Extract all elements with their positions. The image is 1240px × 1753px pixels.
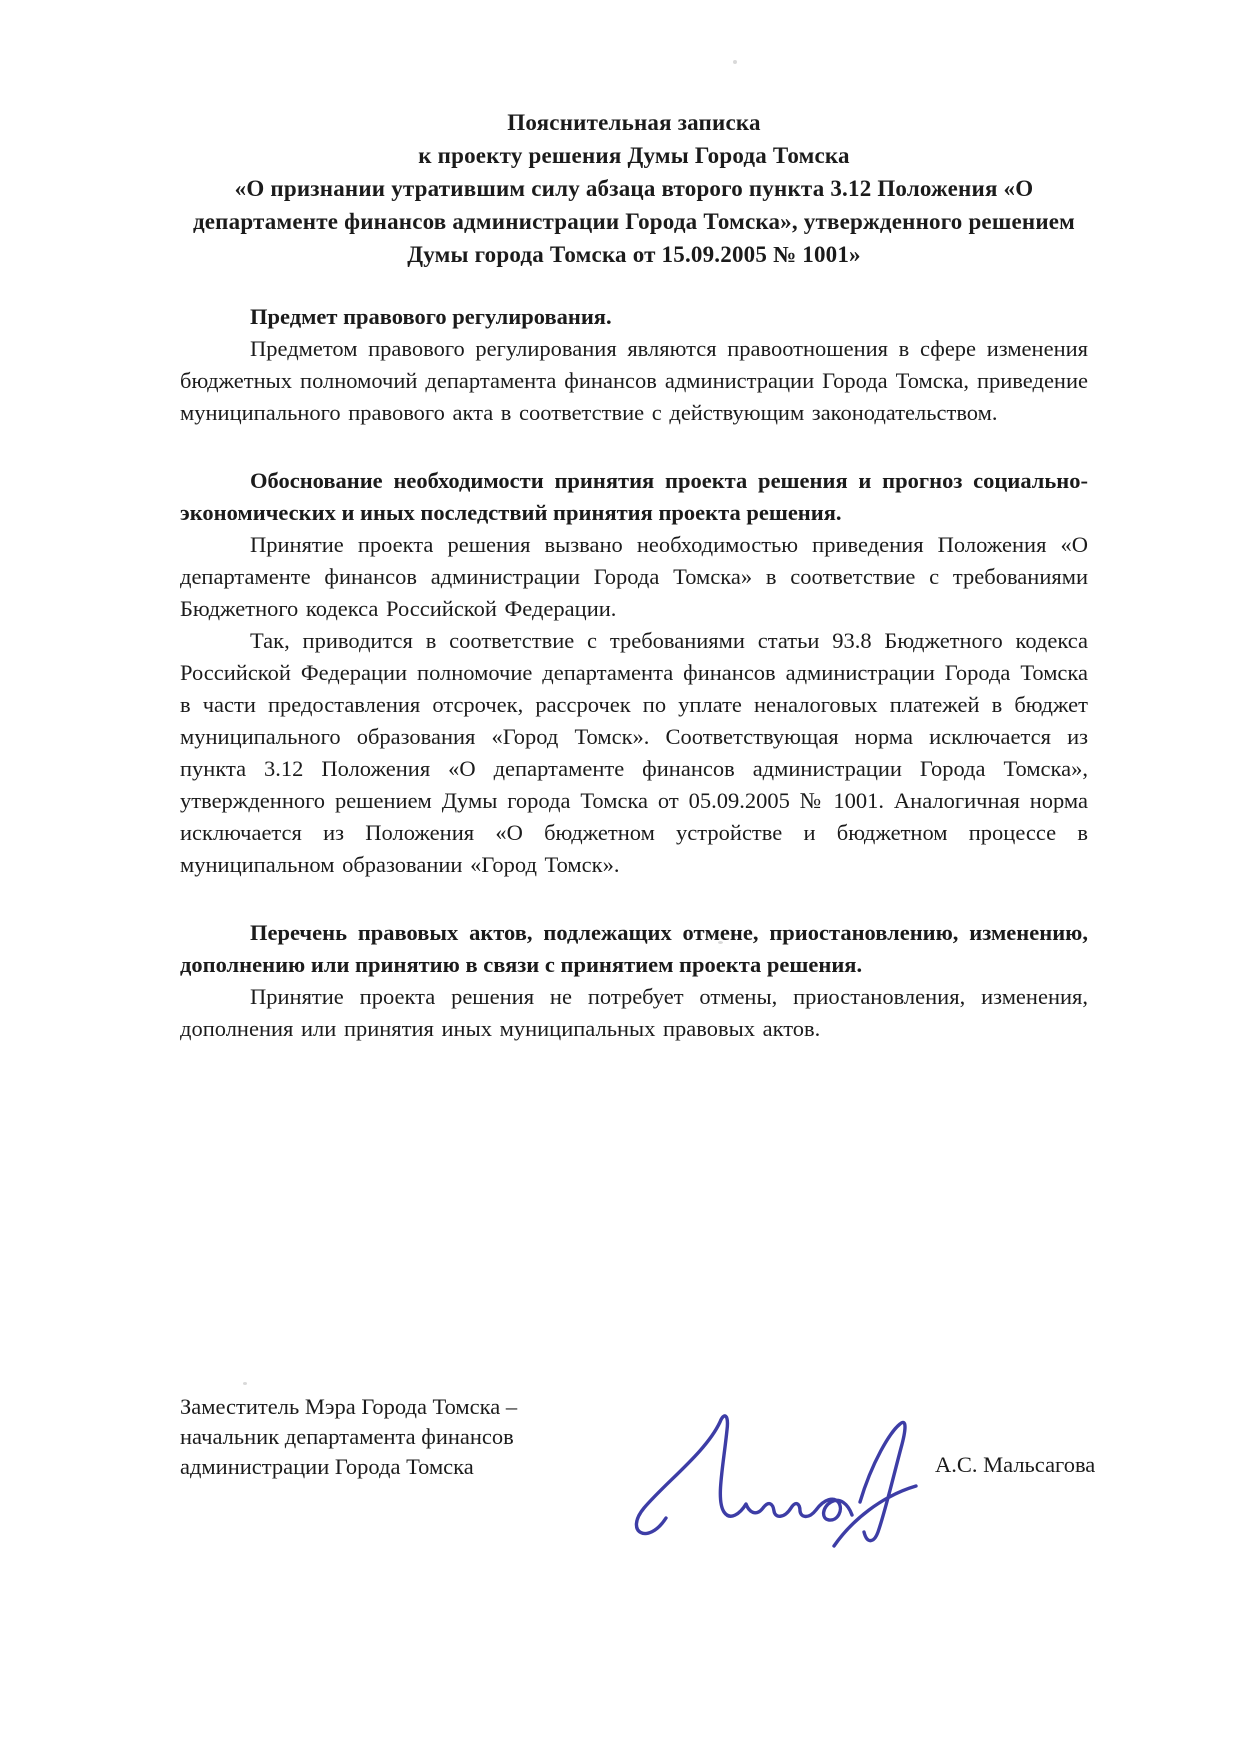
document-body: Пояснительная записка к проекту решения … (180, 0, 1088, 1045)
signatory-position: Заместитель Мэра Города Томска – начальн… (180, 1392, 517, 1482)
paragraph-justification-2: Так, приводится в соответствие с требова… (180, 625, 1088, 881)
document-title: Пояснительная записка к проекту решения … (180, 106, 1088, 271)
paragraph-acts-list: Принятие проекта решения не потребует от… (180, 981, 1088, 1045)
paragraph-subject: Предметом правового регулирования являют… (180, 333, 1088, 429)
scan-speck (733, 60, 737, 64)
spacer (180, 271, 1088, 301)
scan-speck (718, 941, 723, 944)
handwritten-signature (628, 1400, 938, 1575)
spacer (180, 429, 1088, 465)
section-heading-justification: Обоснование необходимости принятия проек… (180, 465, 1088, 529)
paragraph-justification-1: Принятие проекта решения вызвано необход… (180, 529, 1088, 625)
scanned-document-page: Пояснительная записка к проекту решения … (0, 0, 1240, 1753)
section-heading-subject: Предмет правового регулирования. (180, 301, 1088, 333)
section-heading-acts-list: Перечень правовых актов, подлежащих отме… (180, 917, 1088, 981)
scan-speck (243, 1382, 247, 1385)
signatory-name: А.С. Мальсагова (935, 1450, 1095, 1480)
spacer (180, 881, 1088, 917)
